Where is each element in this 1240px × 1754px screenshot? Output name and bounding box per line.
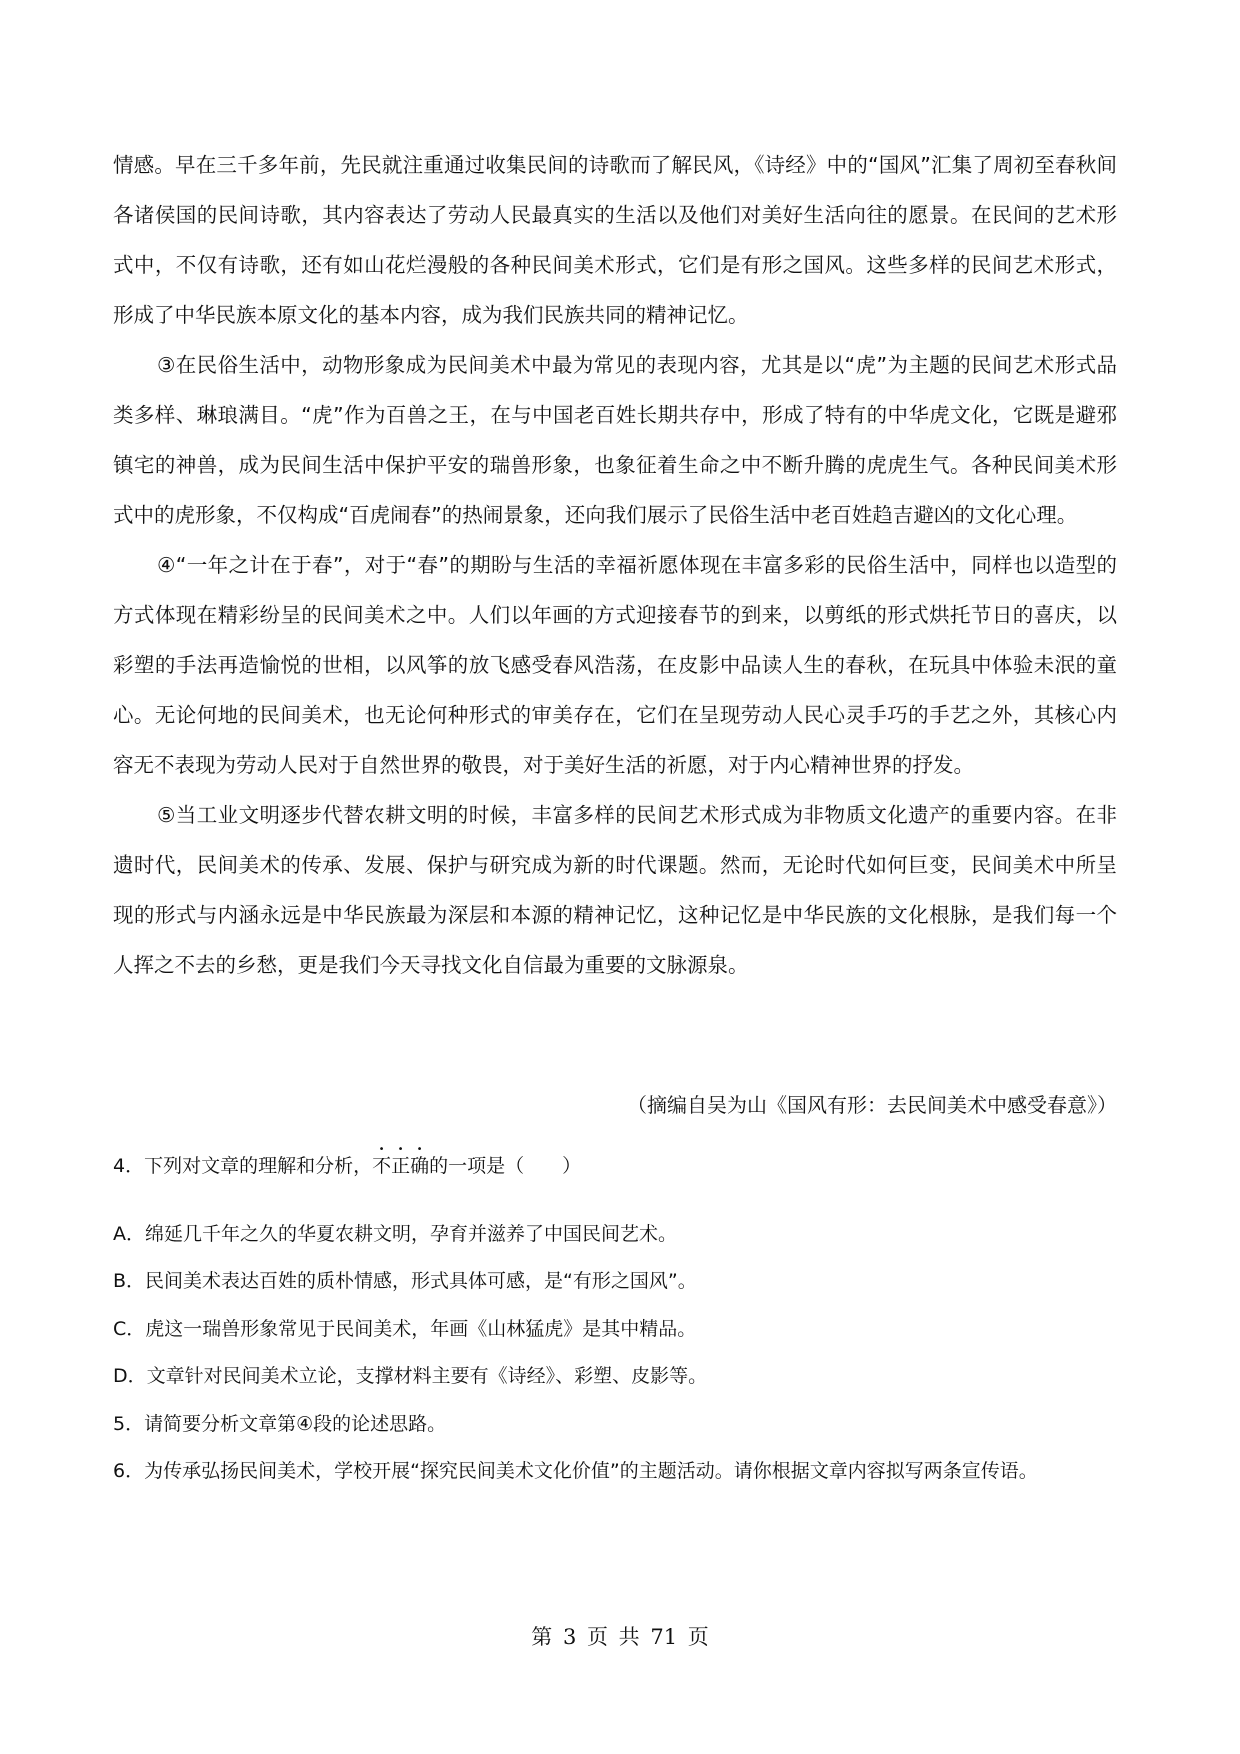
- question-4: 4．下列对文章的理解和分析，不正确的一项是（ ）: [113, 1143, 1117, 1191]
- option-a: A．绵延几千年之久的华夏农耕文明，孕育并滋养了中国民间艺术。: [113, 1211, 1117, 1259]
- questions-section: 4．下列对文章的理解和分析，不正确的一项是（ ） A．绵延几千年之久的华夏农耕文…: [113, 1143, 1117, 1496]
- question-6: 6．为传承弘扬民间美术，学校开展“探究民间美术文化价值”的主题活动。请你根据文章…: [113, 1448, 1117, 1496]
- option-c: C．虎这一瑞兽形象常见于民间美术，年画《山林猛虎》是其中精品。: [113, 1306, 1117, 1354]
- page-footer: 第 3 页 共 71 页: [0, 1622, 1240, 1652]
- question-5: 5．请简要分析文章第④段的论述思路。: [113, 1401, 1117, 1449]
- paragraph-5: ⑤当工业文明逐步代替农耕文明的时候，丰富多样的民间艺术形式成为非物质文化遗产的重…: [113, 790, 1117, 990]
- question-4-emphasis: 不正确: [372, 1155, 429, 1177]
- option-b: B．民间美术表达百姓的质朴情感，形式具体可感，是“有形之国风”。: [113, 1258, 1117, 1306]
- option-d: D．文章针对民间美术立论，支撑材料主要有《诗经》、彩塑、皮影等。: [113, 1353, 1117, 1401]
- paragraph-continued: 情感。早在三千多年前，先民就注重通过收集民间的诗歌而了解民风，《诗经》中的“国风…: [113, 140, 1117, 340]
- paragraph-3: ③在民俗生活中，动物形象成为民间美术中最为常见的表现内容，尤其是以“虎”为主题的…: [113, 340, 1117, 540]
- question-4-suffix: 的一项是（ ）: [429, 1155, 581, 1177]
- article-body: 情感。早在三千多年前，先民就注重通过收集民间的诗歌而了解民风，《诗经》中的“国风…: [113, 140, 1117, 990]
- document-page: 情感。早在三千多年前，先民就注重通过收集民间的诗歌而了解民风，《诗经》中的“国风…: [0, 0, 1240, 1754]
- paragraph-4: ④“一年之计在于春”，对于“春”的期盼与生活的幸福祈愿体现在丰富多彩的民俗生活中…: [113, 540, 1117, 790]
- source-citation: （摘编自吴为山《国风有形：去民间美术中感受春意》）: [113, 1080, 1117, 1130]
- question-4-prefix: 4．下列对文章的理解和分析，: [113, 1155, 372, 1177]
